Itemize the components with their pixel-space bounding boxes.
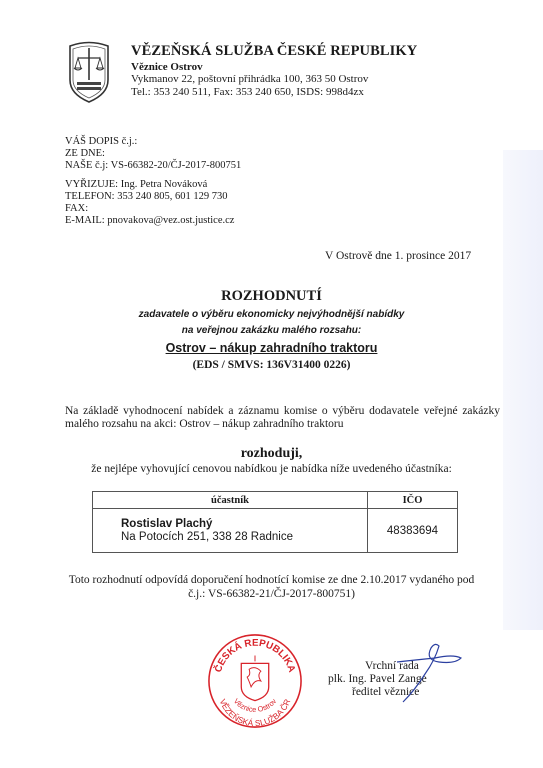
decision-subtitle-2: na veřejnou zakázku malého rozsahu: [0,325,543,336]
decide-heading: rozhoduji, [0,446,543,462]
basis-paragraph: Na základě vyhodnocení nabídek a záznamu… [65,405,500,431]
contacts: Tel.: 353 240 511, Fax: 353 240 650, ISD… [131,86,364,98]
table-row: Rostislav Plachý Na Potocích 251, 338 28… [93,509,458,553]
organization-name: VĚZEŇSKÁ SLUŽBA ČESKÉ REPUBLIKY [131,43,417,60]
email: E-MAIL: pnovakova@vez.ost.justice.cz [65,215,234,227]
participant-cell: Rostislav Plachý Na Potocích 251, 338 28… [93,509,368,553]
address: Vykmanov 22, poštovní přihrádka 100, 363… [131,73,368,85]
our-ref: NAŠE č.j: VS-66382-20/ČJ-2017-800751 [65,160,241,172]
decide-statement: že nejlépe vyhovující cenovou nabídkou j… [0,463,543,475]
fax: FAX: [65,203,88,215]
decision-subtitle-1: zadavatele o výběru ekonomicky nejvýhodn… [0,309,543,320]
conclusion-line-1: Toto rozhodnutí odpovídá doporučení hodn… [0,574,543,586]
scan-edge-tint [503,150,543,630]
unit-name: Věznice Ostrov [131,61,203,73]
your-letter-ref: VÁŠ DOPIS č.j.: [65,136,137,148]
place-date: V Ostrově dne 1. prosince 2017 [325,250,471,262]
column-header-ico: IČO [368,492,458,509]
from-date: ZE DNE: [65,148,105,160]
phone: TELEFON: 353 240 805, 601 129 730 [65,191,227,203]
eds-number: (EDS / SMVS: 136V31400 0226) [0,359,543,371]
prison-service-emblem-icon [64,40,114,104]
participant-address: Na Potocích 251, 338 28 Radnice [121,531,367,544]
svg-text:Věznice Ostrov: Věznice Ostrov [232,696,279,714]
column-header-participant: účastník [93,492,368,509]
participant-ico: 48383694 [368,509,458,553]
winning-offer-table: účastník IČO Rostislav Plachý Na Potocíc… [92,491,458,553]
conclusion-line-2: č.j.: VS-66382-21/ČJ-2017-800751) [0,588,543,600]
participant-name: Rostislav Plachý [121,518,367,531]
table-header-row: účastník IČO [93,492,458,509]
handled-by: VYŘIZUJE: Ing. Petra Nováková [65,179,207,191]
project-name: Ostrov – nákup zahradního traktoru [0,341,543,355]
handwritten-signature-icon [395,640,465,705]
official-stamp-icon: ČESKÁ REPUBLIKA VĚZEŇSKÁ SLUŽBA ČR Vězni… [206,632,304,730]
decision-title: ROZHODNUTÍ [0,288,543,305]
